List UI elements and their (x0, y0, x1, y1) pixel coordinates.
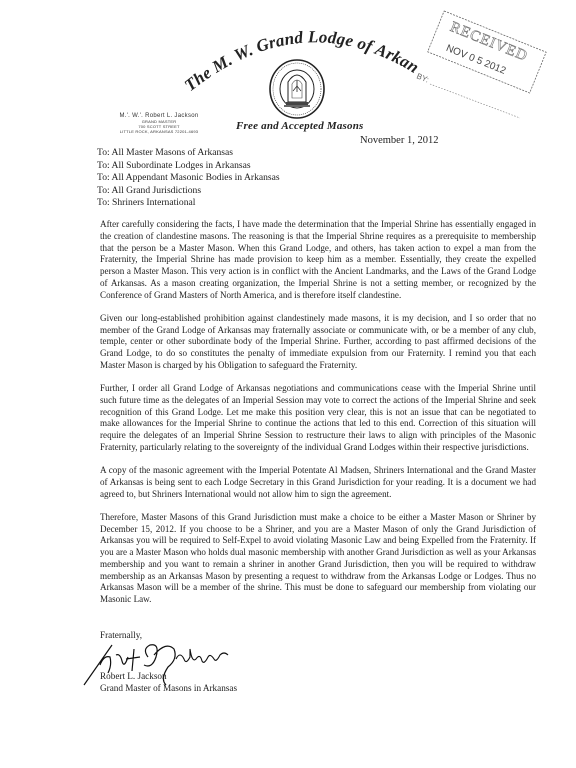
grand-lodge-seal-icon (268, 58, 326, 120)
recipient-line: To: All Appendant Masonic Bodies in Arka… (97, 172, 280, 185)
letter-body: After carefully considering the facts, I… (100, 219, 536, 617)
body-paragraph: A copy of the masonic agreement with the… (100, 465, 536, 500)
letter-date: November 1, 2012 (360, 135, 438, 146)
recipient-line: To: All Grand Jurisdictions (97, 185, 280, 198)
signer-name: Robert L. Jackson (100, 671, 167, 681)
signer-title: Grand Master of Masons in Arkansas (100, 683, 237, 693)
letterhead-subtitle: Free and Accepted Masons (236, 120, 364, 132)
recipient-line: To: All Master Masons of Arkansas (97, 147, 280, 160)
body-paragraph: Therefore, Master Masons of this Grand J… (100, 512, 536, 606)
svg-text:BY:: BY: (415, 72, 430, 85)
body-paragraph: Given our long-established prohibition a… (100, 313, 536, 372)
recipient-line: To: Shriners International (97, 197, 280, 210)
recipient-line: To: All Subordinate Lodges in Arkansas (97, 160, 280, 173)
body-paragraph: After carefully considering the facts, I… (100, 219, 536, 301)
recipient-list: To: All Master Masons of Arkansas To: Al… (97, 147, 280, 210)
signature-icon (82, 635, 252, 690)
received-stamp: RECEIVED NOV 0 5 2012 BY: (410, 22, 560, 122)
body-paragraph: Further, I order all Grand Lodge of Arka… (100, 383, 536, 454)
letter-page: The M. W. Grand Lodge of Arkansas Free a… (0, 0, 576, 768)
grand-master-city: Little Rock, Arkansas 72201-4693 (104, 129, 214, 134)
grand-master-block: M.'. W.'. Robert L. Jackson Grand Master… (104, 113, 214, 134)
